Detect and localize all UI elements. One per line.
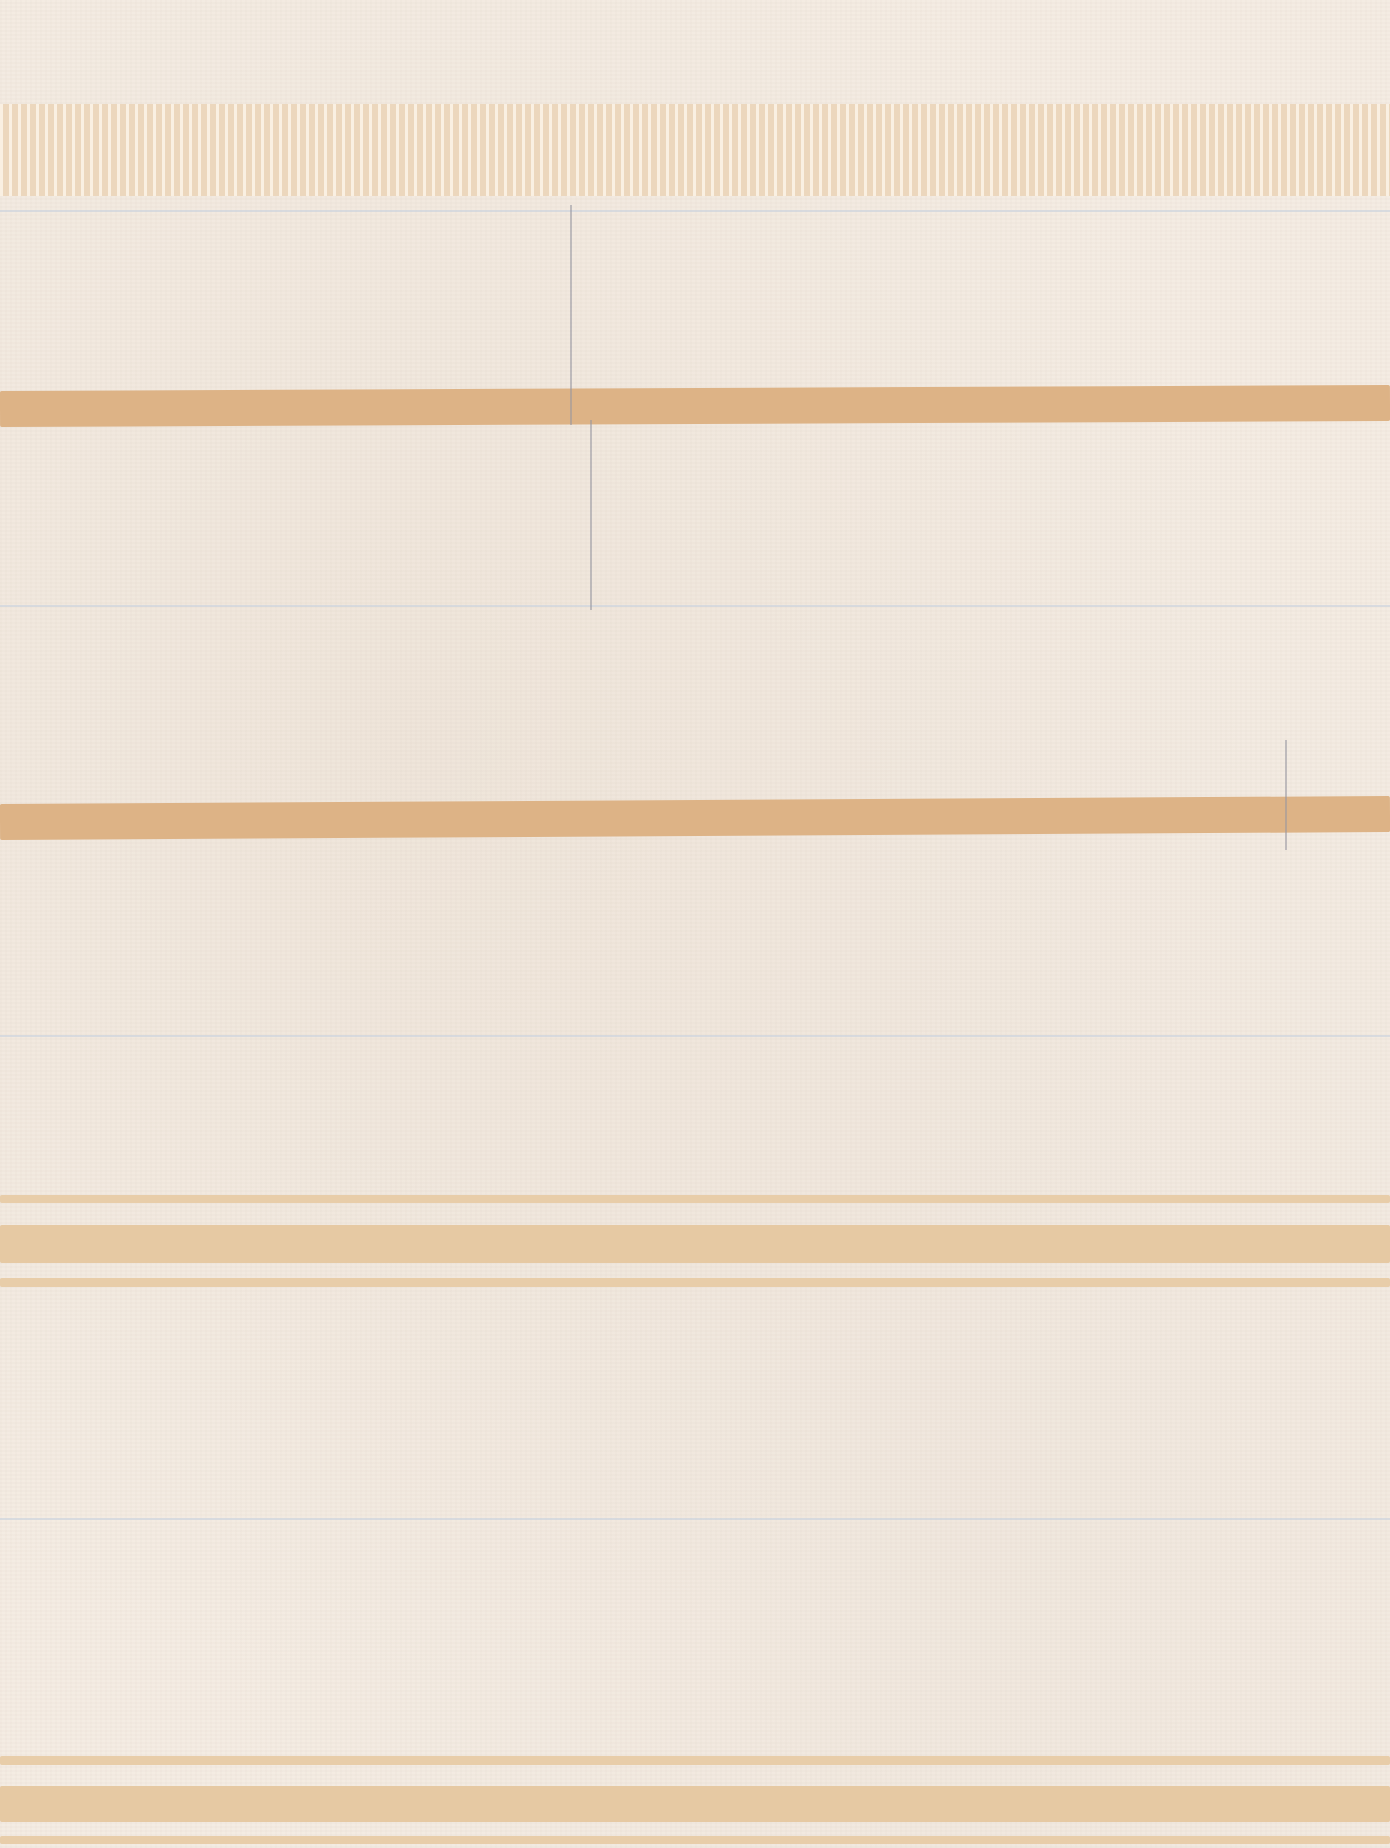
rug-photo: [0, 0, 1390, 1848]
tan-stripe: [0, 796, 1390, 840]
tan-stripe: [0, 1756, 1390, 1765]
vertical-seam: [1285, 740, 1287, 850]
tan-stripe: [0, 1836, 1390, 1844]
horizontal-seam: [0, 210, 1390, 212]
horizontal-seam: [0, 1035, 1390, 1037]
tan-stripe: [0, 1786, 1390, 1822]
vertical-seam: [590, 420, 592, 610]
horizontal-seam: [0, 605, 1390, 607]
tan-stripe: [0, 1278, 1390, 1287]
woven-border-band: [0, 104, 1390, 196]
vertical-seam: [570, 205, 572, 425]
tan-stripe: [0, 385, 1390, 427]
tan-stripe: [0, 1225, 1390, 1263]
tan-stripe: [0, 1195, 1390, 1203]
horizontal-seam: [0, 1518, 1390, 1520]
